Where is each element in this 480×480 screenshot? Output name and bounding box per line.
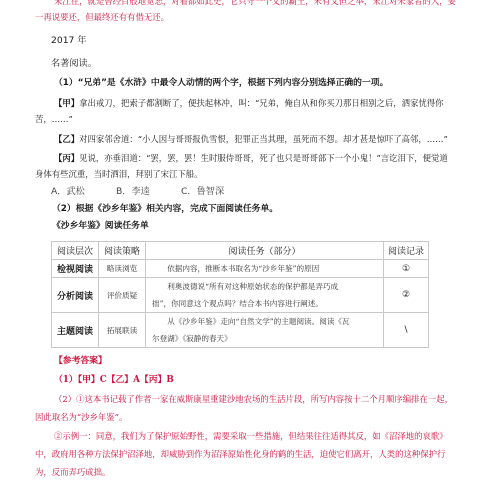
answer-2-line-1: （2）①这本书记载了作者一家在威斯康星重建沙地农场的生活片段，所写内容按十二个月… [54, 393, 453, 405]
answer-2b-line-3: 为，反而弄巧成拙。 [35, 466, 110, 478]
q1-passage-yi: 【乙】对四家邻舍道：“小人因与哥哥报仇雪恨，犯罪正当其理，虽死而不怨。却才甚是惊… [54, 133, 448, 145]
table-row: 检视阅读 略读浏览 依据内容，推断本书取名为“沙乡年鉴”的原因 ① [52, 260, 429, 278]
jia-label: 【甲】 [54, 98, 79, 108]
cell-level: 分析阅读 [52, 278, 99, 313]
header-level: 阅读层次 [52, 242, 99, 260]
prev-answer-line-2: 一再说要还，但最终还有有借无还。 [35, 11, 169, 23]
table-header-row: 阅读层次 阅读策略 阅读任务（部分） 阅读记录 [52, 242, 429, 260]
option-a: A．武松 [51, 186, 116, 198]
cell-strategy: 略读浏览 [99, 260, 146, 278]
header-record: 阅读记录 [384, 242, 429, 260]
answer-1: （1）【甲】C【乙】A【丙】B [54, 374, 174, 386]
prev-answer-line-1: 宋江在，就是曾经百般地宽恕，对着都如此史，它只守一个义的霸王，未有义但之举，宋江… [54, 0, 456, 7]
yi-label: 【乙】 [54, 134, 79, 144]
task-text-line-2: 尔登湖》《寂静的春天》 [152, 330, 380, 347]
table-row: 主题阅读 拓展联读 从《沙乡年鉴》走向“自然文学”的主题阅读。阅读《瓦尔登湖》《… [52, 313, 429, 348]
q1-prompt: （1）“兄弟”是《水浒》中最令人动情的两个字，根据下列内容分别选择正确的一项。 [54, 77, 388, 89]
task-text-line-1: 从《沙乡年鉴》走向“自然文学”的主题阅读。阅读《瓦 [152, 313, 380, 330]
year-heading: 2017 年 [51, 35, 87, 47]
cell-record: \ [384, 313, 429, 348]
answer-heading: 【参考答案】 [54, 355, 107, 367]
jia-text: 拿出戒刀，把索子都割断了，便扶起林冲，叫：“兄弟，俺自从和你买刀那日相别之后，洒… [79, 98, 443, 108]
cell-strategy: 评价质疑 [99, 278, 146, 313]
q1-passage-bing-cont: 身体有些沉重，当时洒泪，拜别了宋江下船。 [35, 168, 203, 180]
table-row: 分析阅读 评价质疑 利奥波德说“所有对这种原始状态的保护都是弄巧成拙”，你同意这… [52, 278, 429, 313]
cell-level: 主题阅读 [52, 313, 99, 348]
task-text-line-2: 拙”，你同意这个观点吗？结合本书内容进行阐述。 [152, 295, 380, 312]
bing-text: 见说，亦垂泪道：“罢，罢，罢！生时服侍哥哥，死了也只是哥哥部下一个小鬼！”言讫泪… [79, 153, 448, 163]
cell-level: 检视阅读 [52, 260, 99, 278]
header-strategy: 阅读策略 [99, 242, 146, 260]
answer-2-line-2: 因此取名为“沙乡年鉴”。 [35, 411, 127, 423]
header-task: 阅读任务（部分） [146, 242, 384, 260]
q1-passage-bing: 【丙】见说，亦垂泪道：“罢，罢，罢！生时服侍哥哥，死了也只是哥哥部下一个小鬼！”… [54, 152, 448, 164]
answer-2b-line-1: ②示例一：同意，我们为了保护原始野性，需要采取一些措施，但结果往往适得其反，如《… [54, 430, 448, 442]
task-text: 依据内容，推断本书取名为“沙乡年鉴”的原因 [167, 264, 319, 273]
answer-2b-line-2: 中，政府用各种方法保护沼泽地，却威胁到作为沼泽原始性化身的鹤的生活，迫使它们离开… [35, 448, 445, 460]
q2-prompt: （2）根据《沙乡年鉴》相关内容，完成下面阅读任务单。 [52, 203, 278, 215]
cell-task: 利奥波德说“所有对这种原始状态的保护都是弄巧成拙”，你同意这个观点吗？结合本书内… [146, 278, 384, 313]
table-caption: 《沙乡年鉴》阅读任务单 [52, 220, 149, 232]
option-c: C．鲁智深 [181, 186, 224, 197]
cell-record: ② [384, 278, 429, 313]
bing-label: 【丙】 [54, 153, 79, 163]
q1-options: A．武松B．李逵C．鲁智深 [51, 186, 224, 198]
cell-task: 从《沙乡年鉴》走向“自然文学”的主题阅读。阅读《瓦尔登湖》《寂静的春天》 [146, 313, 384, 348]
section-title: 名著阅读。 [51, 58, 97, 70]
cell-record: ① [384, 260, 429, 278]
task-text-line-1: 利奥波德说“所有对这种原始状态的保护都是弄巧成 [152, 278, 380, 295]
q1-passage-jia-cont: 苦，……” [35, 113, 73, 125]
reading-task-table: 阅读层次 阅读策略 阅读任务（部分） 阅读记录 检视阅读 略读浏览 依据内容，推… [51, 241, 429, 348]
cell-strategy: 拓展联读 [99, 313, 146, 348]
cell-task: 依据内容，推断本书取名为“沙乡年鉴”的原因 [146, 260, 384, 278]
yi-text: 对四家邻舍道：“小人因与哥哥报仇雪恨，犯罪正当其理，虽死而不怨。却才甚是惊吓了高… [79, 134, 448, 144]
q1-passage-jia: 【甲】拿出戒刀，把索子都割断了，便扶起林冲，叫：“兄弟，俺自从和你买刀那日相别之… [54, 97, 444, 109]
option-b: B．李逵 [116, 186, 181, 198]
